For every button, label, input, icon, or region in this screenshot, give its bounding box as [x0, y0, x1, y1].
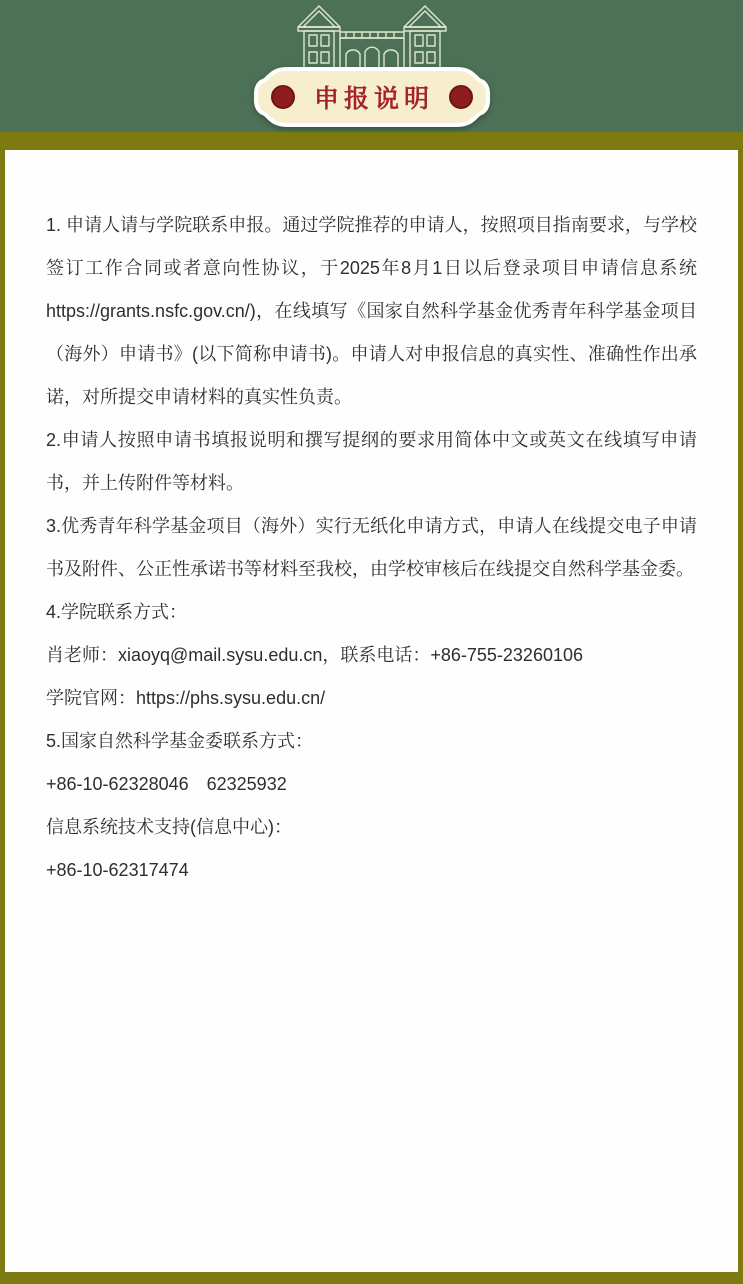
content-panel: 1. 申请人请与学院联系申报。通过学院推荐的申请人，按照项目指南要求，与学校签订…: [5, 150, 738, 1272]
page-header: 申报说明: [0, 0, 743, 132]
announcement-page: 申报说明 1. 申请人请与学院联系申报。通过学院推荐的申请人，按照项目指南要求，…: [0, 0, 743, 1284]
it-support-phone: +86-10-62317474: [46, 849, 697, 892]
contact-teacher-line: 肖老师：xiaoyq@mail.sysu.edu.cn，联系电话：+86-755…: [46, 634, 697, 677]
it-support-label: 信息系统技术支持(信息中心)：: [46, 806, 697, 849]
page-title: 申报说明: [253, 66, 491, 128]
instruction-item-1: 1. 申请人请与学院联系申报。通过学院推荐的申请人，按照项目指南要求，与学校签订…: [46, 204, 697, 419]
college-website-line: 学院官网：https://phs.sysu.edu.cn/: [46, 677, 697, 720]
instruction-item-3: 3.优秀青年科学基金项目（海外）实行无纸化申请方式，申请人在线提交电子申请书及附…: [46, 505, 697, 591]
instructions-text: 1. 申请人请与学院联系申报。通过学院推荐的申请人，按照项目指南要求，与学校签订…: [5, 150, 738, 892]
title-banner: 申报说明: [253, 66, 491, 128]
instruction-item-4: 4.学院联系方式：: [46, 591, 697, 634]
instruction-item-2: 2.申请人按照申请书填报说明和撰写提纲的要求用简体中文或英文在线填写申请书，并上…: [46, 419, 697, 505]
instruction-item-5: 5.国家自然科学基金委联系方式：: [46, 720, 697, 763]
nsfc-phone-line: +86-10-62328046 62325932: [46, 763, 697, 806]
